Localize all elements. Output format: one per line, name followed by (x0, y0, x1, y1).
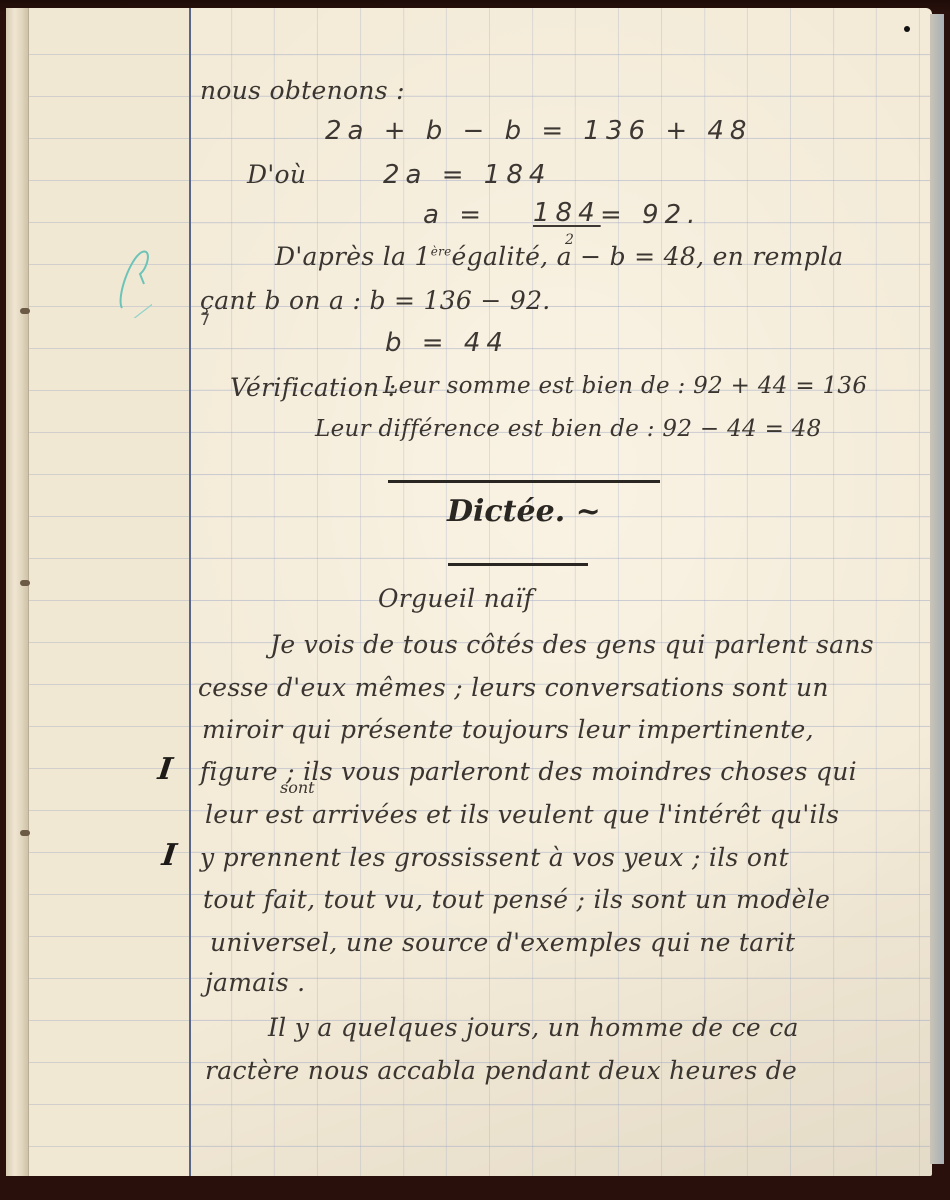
teacher-initial-mark (112, 248, 152, 318)
dictation-line: Il y a quelques jours, un homme de ce ca (268, 1013, 799, 1042)
dictation-subtitle: Orgueil naïf (378, 584, 533, 613)
fraction-numerator: 184 (533, 198, 601, 228)
sentence-remplacant: çant b on a : b = 136 − 92. (200, 286, 551, 315)
verification-label: Vérification : (230, 373, 396, 402)
verification-sum: Leur somme est bien de : 92 + 44 = 136 (383, 373, 867, 399)
b-result: b = 44 (385, 328, 509, 358)
notebook-binding (6, 8, 29, 1176)
dictation-line: miroir qui présente toujours leur impert… (202, 715, 814, 744)
dictation-line: jamais . (205, 968, 305, 997)
sentence-prefix: D'après la 1 (275, 242, 431, 271)
verification-difference: Leur différence est bien de : 92 − 44 = … (315, 416, 822, 442)
intro-text: nous obtenons : (200, 76, 405, 105)
binding-stitch (20, 830, 30, 836)
dictation-heading: Dictée. ~ (447, 494, 601, 529)
dictation-line: cesse d'eux mêmes ; leurs conversations … (198, 673, 829, 702)
dou-label: D'où (247, 160, 306, 189)
margin-line (189, 8, 191, 1176)
sentence-apres-egalite: D'après la 1èreégalité, a − b = 48, en r… (275, 242, 843, 271)
sentence-rest: égalité, a − b = 48, en rempla (452, 242, 844, 271)
dictation-line: universel, une source d'exemples qui ne … (210, 928, 795, 957)
binding-stitch (20, 580, 30, 586)
dictation-line: y prennent les grossissent à vos yeux ; … (200, 843, 789, 872)
dictation-line: tout fait, tout vu, tout pensé ; ils son… (203, 885, 830, 914)
dictation-line: leur est arrivées et ils veulent que l'i… (205, 800, 839, 829)
correction-insert-sont: sont (280, 778, 315, 797)
binding-stitch (20, 308, 30, 314)
equation-line-1: 2a + b − b = 136 + 48 (325, 116, 752, 146)
ink-dot (904, 26, 910, 32)
dictation-line: ractère nous accabla pendant deux heures… (205, 1056, 797, 1085)
dictation-line: Je vois de tous côtés des gens qui parle… (270, 630, 874, 659)
equation-line-3-rhs: = 92. (600, 200, 701, 230)
superscript-ere: ère (431, 245, 452, 259)
heading-rule-top (388, 480, 660, 483)
page-edge-stack (930, 14, 944, 1164)
equation-line-2: 2a = 184 (383, 160, 551, 190)
heading-rule-bottom (448, 563, 588, 566)
left-margin-area (28, 8, 189, 1176)
margin-note-seven: 7 (200, 310, 210, 329)
equation-line-3-lhs: a = (423, 200, 487, 230)
